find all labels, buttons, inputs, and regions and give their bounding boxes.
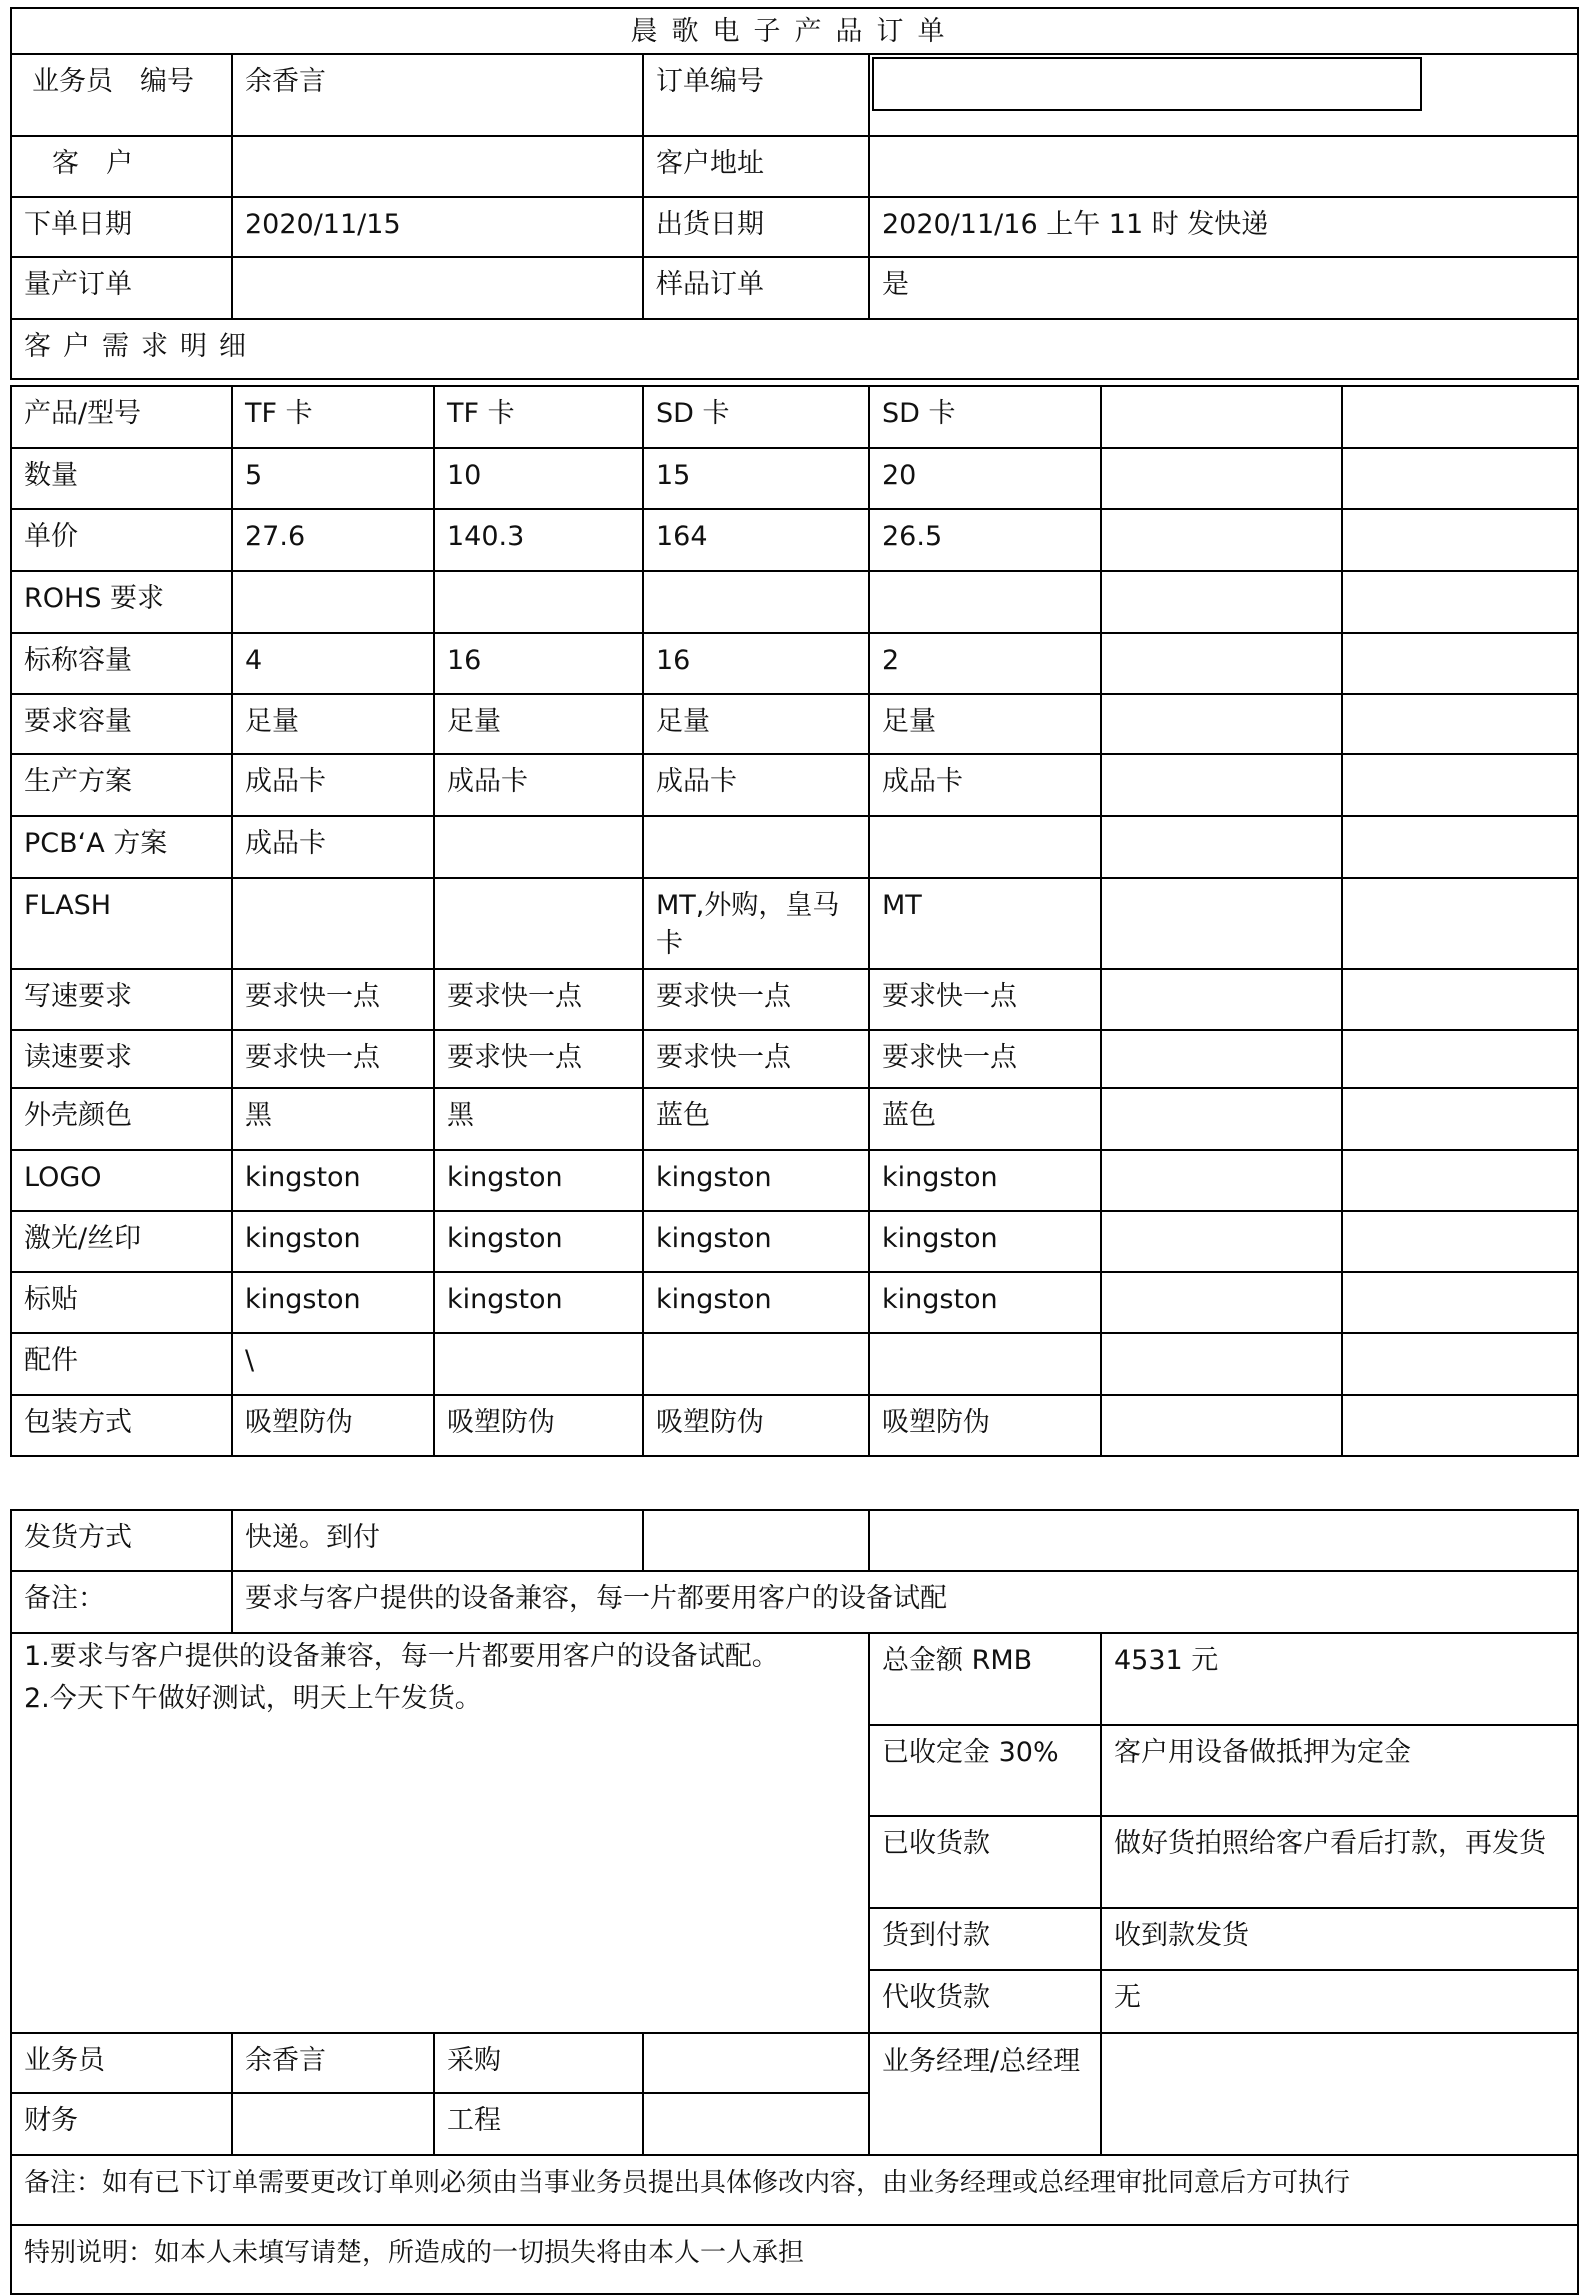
spec-cell[interactable]: kingston bbox=[643, 1150, 869, 1211]
spec-cell[interactable]: kingston bbox=[232, 1150, 434, 1211]
ship-date-field[interactable]: 2020/11/16 上午 11 时 发快递 bbox=[869, 197, 1578, 257]
spec-cell[interactable] bbox=[643, 1333, 869, 1395]
spec-cell[interactable]: 足量 bbox=[434, 694, 643, 754]
spec-cell[interactable]: 5 bbox=[232, 448, 434, 509]
spec-row: 生产方案成品卡成品卡成品卡成品卡 bbox=[11, 754, 1578, 816]
sig-salesperson-label: 业务员 bbox=[11, 2033, 232, 2093]
spec-cell[interactable] bbox=[643, 816, 869, 878]
spec-cell[interactable]: 10 bbox=[434, 448, 643, 509]
sig-manager-field[interactable] bbox=[1101, 2033, 1578, 2155]
spec-cell[interactable] bbox=[1101, 1150, 1342, 1211]
order-form-table: 晨歌电子产品订单 业务员 编号 余香言 订单编号 客 户 客户地址 下单日期 2… bbox=[10, 7, 1579, 380]
spec-cell[interactable] bbox=[232, 571, 434, 633]
sample-order-label: 样品订单 bbox=[643, 257, 869, 319]
spec-row-label: 单价 bbox=[11, 509, 232, 571]
spec-cell[interactable]: 吸塑防伪 bbox=[869, 1395, 1101, 1456]
spec-cell[interactable]: MT,外购，皇马卡 bbox=[643, 878, 869, 969]
spec-row: 单价27.6140.316426.5 bbox=[11, 509, 1578, 571]
spec-cell[interactable]: 蓝色 bbox=[869, 1088, 1101, 1150]
spec-cell[interactable]: TF 卡 bbox=[232, 386, 434, 448]
spec-cell[interactable]: 2 bbox=[869, 633, 1101, 694]
spec-cell[interactable] bbox=[1101, 754, 1342, 816]
spec-cell[interactable] bbox=[1101, 1333, 1342, 1395]
spec-cell[interactable]: SD 卡 bbox=[869, 386, 1101, 448]
spec-cell[interactable]: 要求快一点 bbox=[232, 969, 434, 1030]
spec-cell[interactable]: 要求快一点 bbox=[434, 969, 643, 1030]
spec-cell[interactable]: 要求快一点 bbox=[869, 1030, 1101, 1088]
spec-row: 标贴kingstonkingstonkingstonkingston bbox=[11, 1272, 1578, 1333]
spec-cell[interactable] bbox=[1342, 816, 1578, 878]
form-title: 晨歌电子产品订单 bbox=[11, 8, 1578, 54]
spec-cell[interactable] bbox=[643, 571, 869, 633]
bottom-table: 发货方式 快递。到付 备注： 要求与客户提供的设备兼容，每一片都要用客户的设备试… bbox=[10, 1509, 1579, 2295]
spec-row-label: 要求容量 bbox=[11, 694, 232, 754]
spec-cell[interactable] bbox=[1342, 694, 1578, 754]
spec-row-label: 标称容量 bbox=[11, 633, 232, 694]
spec-cell[interactable]: 成品卡 bbox=[434, 754, 643, 816]
customer-address-field[interactable] bbox=[869, 136, 1578, 197]
spec-row-label: 外壳颜色 bbox=[11, 1088, 232, 1150]
deposit-label: 已收定金 30% bbox=[869, 1725, 1101, 1816]
spec-cell[interactable]: 足量 bbox=[869, 694, 1101, 754]
spec-row-label: ROHS 要求 bbox=[11, 571, 232, 633]
spec-cell[interactable] bbox=[1101, 386, 1342, 448]
spec-cell[interactable] bbox=[1342, 386, 1578, 448]
spec-cell[interactable]: kingston bbox=[434, 1211, 643, 1272]
spec-cell[interactable] bbox=[1342, 509, 1578, 571]
spec-cell[interactable]: 成品卡 bbox=[643, 754, 869, 816]
customer-label: 客 户 bbox=[11, 136, 232, 197]
total-amount-label: 总金额 RMB bbox=[869, 1633, 1101, 1725]
spec-cell[interactable]: 4 bbox=[232, 633, 434, 694]
spec-row-label: 读速要求 bbox=[11, 1030, 232, 1088]
spec-cell[interactable] bbox=[1101, 816, 1342, 878]
spec-cell[interactable] bbox=[1342, 969, 1578, 1030]
shipping-method-field[interactable]: 快递。到付 bbox=[232, 1510, 643, 1571]
spec-row-label: 配件 bbox=[11, 1333, 232, 1395]
note-line-2: 2.今天下午做好测试，明天上午发货。 bbox=[24, 1678, 856, 1720]
details-heading: 客户需求明细 bbox=[11, 319, 1578, 379]
sig-engineering-field[interactable] bbox=[643, 2093, 869, 2155]
spec-row: ROHS 要求 bbox=[11, 571, 1578, 633]
spec-cell[interactable]: kingston bbox=[643, 1272, 869, 1333]
change-note: 备注：如有已下订单需要更改订单则必须由当事业务员提出具体修改内容，由业务经理或总… bbox=[11, 2155, 1578, 2225]
spec-row-label: PCB‘A 方案 bbox=[11, 816, 232, 878]
spec-cell[interactable] bbox=[1342, 1030, 1578, 1088]
shipping-extra-field[interactable] bbox=[643, 1510, 869, 1571]
cod-field[interactable]: 收到款发货 bbox=[1101, 1908, 1578, 1970]
spec-cell[interactable] bbox=[1101, 969, 1342, 1030]
salesperson-field[interactable]: 余香言 bbox=[232, 54, 643, 136]
spec-row-label: 激光/丝印 bbox=[11, 1211, 232, 1272]
spec-row: 外壳颜色黑黑蓝色蓝色 bbox=[11, 1088, 1578, 1150]
spec-cell[interactable]: 26.5 bbox=[869, 509, 1101, 571]
spec-row: 写速要求要求快一点要求快一点要求快一点要求快一点 bbox=[11, 969, 1578, 1030]
collection-field[interactable]: 无 bbox=[1101, 1970, 1578, 2033]
order-number-field[interactable] bbox=[872, 57, 1422, 111]
notes-field[interactable]: 1.要求与客户提供的设备兼容，每一片都要用客户的设备试配。 2.今天下午做好测试… bbox=[11, 1633, 869, 2033]
payment-received-label: 已收货款 bbox=[869, 1816, 1101, 1908]
spec-row: 配件\ bbox=[11, 1333, 1578, 1395]
spec-cell[interactable] bbox=[1342, 633, 1578, 694]
mass-order-label: 量产订单 bbox=[11, 257, 232, 319]
spec-cell[interactable] bbox=[1101, 878, 1342, 969]
spec-cell[interactable]: 成品卡 bbox=[232, 754, 434, 816]
spec-cell[interactable] bbox=[1101, 1395, 1342, 1456]
customer-address-label: 客户地址 bbox=[643, 136, 869, 197]
spec-cell[interactable] bbox=[1101, 1088, 1342, 1150]
spec-row: FLASHMT,外购，皇马卡MT bbox=[11, 878, 1578, 969]
spec-cell[interactable]: 要求快一点 bbox=[643, 1030, 869, 1088]
spec-cell[interactable] bbox=[1101, 1030, 1342, 1088]
note-line-1: 1.要求与客户提供的设备兼容，每一片都要用客户的设备试配。 bbox=[24, 1636, 856, 1678]
order-date-label: 下单日期 bbox=[11, 197, 232, 257]
spec-row: 标称容量416162 bbox=[11, 633, 1578, 694]
shipping-extra-field-2[interactable] bbox=[869, 1510, 1578, 1571]
total-amount-field[interactable]: 4531 元 bbox=[1101, 1633, 1578, 1725]
spec-cell[interactable] bbox=[1101, 1272, 1342, 1333]
spec-cell[interactable]: 27.6 bbox=[232, 509, 434, 571]
spec-cell[interactable]: 吸塑防伪 bbox=[232, 1395, 434, 1456]
remarks-label: 备注： bbox=[11, 1571, 232, 1633]
spec-cell[interactable]: MT bbox=[869, 878, 1101, 969]
spec-cell[interactable] bbox=[1101, 448, 1342, 509]
cod-label: 货到付款 bbox=[869, 1908, 1101, 1970]
spec-cell[interactable]: 成品卡 bbox=[232, 816, 434, 878]
spec-row: 数量5101520 bbox=[11, 448, 1578, 509]
spec-cell[interactable]: kingston bbox=[434, 1272, 643, 1333]
spec-cell[interactable]: 足量 bbox=[232, 694, 434, 754]
remarks-field[interactable]: 要求与客户提供的设备兼容，每一片都要用客户的设备试配 bbox=[232, 1571, 1578, 1633]
spec-cell[interactable]: kingston bbox=[232, 1272, 434, 1333]
spec-row: PCB‘A 方案成品卡 bbox=[11, 816, 1578, 878]
order-number-label: 订单编号 bbox=[643, 54, 869, 136]
spec-cell[interactable] bbox=[869, 571, 1101, 633]
deposit-field[interactable]: 客户用设备做抵押为定金 bbox=[1101, 1725, 1578, 1816]
spec-cell[interactable]: 16 bbox=[434, 633, 643, 694]
spec-row: 产品/型号TF 卡TF 卡SD 卡SD 卡 bbox=[11, 386, 1578, 448]
spec-cell[interactable]: SD 卡 bbox=[643, 386, 869, 448]
spec-cell[interactable]: kingston bbox=[643, 1211, 869, 1272]
spec-cell[interactable] bbox=[1342, 1395, 1578, 1456]
spec-cell[interactable]: kingston bbox=[232, 1211, 434, 1272]
spec-cell[interactable]: 要求快一点 bbox=[434, 1030, 643, 1088]
spec-cell[interactable]: 140.3 bbox=[434, 509, 643, 571]
spec-row: 要求容量足量足量足量足量 bbox=[11, 694, 1578, 754]
spec-cell[interactable] bbox=[1101, 1211, 1342, 1272]
spec-cell[interactable] bbox=[1101, 509, 1342, 571]
spec-cell[interactable] bbox=[1342, 1272, 1578, 1333]
collection-label: 代收货款 bbox=[869, 1970, 1101, 2033]
spec-cell[interactable] bbox=[434, 816, 643, 878]
spec-row: 包装方式吸塑防伪吸塑防伪吸塑防伪吸塑防伪 bbox=[11, 1395, 1578, 1456]
spec-cell[interactable]: 黑 bbox=[434, 1088, 643, 1150]
spec-row: 激光/丝印kingstonkingstonkingstonkingston bbox=[11, 1211, 1578, 1272]
spec-cell[interactable] bbox=[1101, 571, 1342, 633]
sig-engineering-label: 工程 bbox=[434, 2093, 643, 2155]
sig-finance-field[interactable] bbox=[232, 2093, 434, 2155]
salesperson-label: 业务员 编号 bbox=[11, 54, 232, 136]
spec-cell[interactable]: kingston bbox=[869, 1150, 1101, 1211]
spec-cell[interactable]: TF 卡 bbox=[434, 386, 643, 448]
spec-cell[interactable] bbox=[869, 1333, 1101, 1395]
spec-cell[interactable]: 足量 bbox=[643, 694, 869, 754]
mass-order-field[interactable] bbox=[232, 257, 643, 319]
spec-cell[interactable] bbox=[869, 816, 1101, 878]
spec-cell[interactable] bbox=[1342, 754, 1578, 816]
spec-row-label: 写速要求 bbox=[11, 969, 232, 1030]
ship-date-label: 出货日期 bbox=[643, 197, 869, 257]
spec-cell[interactable] bbox=[232, 878, 434, 969]
spec-cell[interactable] bbox=[1342, 571, 1578, 633]
spec-cell[interactable]: kingston bbox=[869, 1272, 1101, 1333]
spec-cell[interactable]: 吸塑防伪 bbox=[434, 1395, 643, 1456]
sig-purchase-field[interactable] bbox=[643, 2033, 869, 2093]
spec-cell[interactable]: kingston bbox=[869, 1211, 1101, 1272]
spec-cell[interactable]: \ bbox=[232, 1333, 434, 1395]
spec-row-label: 生产方案 bbox=[11, 754, 232, 816]
spec-cell[interactable] bbox=[434, 571, 643, 633]
spec-cell[interactable] bbox=[1342, 1211, 1578, 1272]
spec-cell[interactable] bbox=[1101, 694, 1342, 754]
spec-cell[interactable] bbox=[434, 1333, 643, 1395]
spec-cell[interactable] bbox=[434, 878, 643, 969]
spec-row: LOGOkingstonkingstonkingstonkingston bbox=[11, 1150, 1578, 1211]
spec-cell[interactable]: 15 bbox=[643, 448, 869, 509]
spec-row-label: 产品/型号 bbox=[11, 386, 232, 448]
spec-cell[interactable] bbox=[1342, 1333, 1578, 1395]
spec-cell[interactable]: 成品卡 bbox=[869, 754, 1101, 816]
spec-row: 读速要求要求快一点要求快一点要求快一点要求快一点 bbox=[11, 1030, 1578, 1088]
spec-cell[interactable] bbox=[1342, 1088, 1578, 1150]
spec-cell[interactable] bbox=[1342, 1150, 1578, 1211]
spec-cell[interactable]: kingston bbox=[434, 1150, 643, 1211]
spec-cell[interactable]: 要求快一点 bbox=[232, 1030, 434, 1088]
spec-cell[interactable]: 16 bbox=[643, 633, 869, 694]
sig-manager-label: 业务经理/总经理 bbox=[869, 2033, 1101, 2155]
special-note: 特别说明：如本人未填写请楚，所造成的一切损失将由本人一人承担 bbox=[11, 2225, 1578, 2294]
spec-cell[interactable] bbox=[1342, 448, 1578, 509]
spec-table: 产品/型号TF 卡TF 卡SD 卡SD 卡数量5101520单价27.6140.… bbox=[10, 385, 1579, 1457]
spec-cell[interactable]: 黑 bbox=[232, 1088, 434, 1150]
sig-finance-label: 财务 bbox=[11, 2093, 232, 2155]
order-date-field[interactable]: 2020/11/15 bbox=[232, 197, 643, 257]
sig-salesperson-field[interactable]: 余香言 bbox=[232, 2033, 434, 2093]
order-number-cell bbox=[869, 54, 1578, 136]
spec-cell[interactable]: 20 bbox=[869, 448, 1101, 509]
payment-received-field[interactable]: 做好货拍照给客户看后打款，再发货 bbox=[1101, 1816, 1578, 1908]
spec-row-label: LOGO bbox=[11, 1150, 232, 1211]
shipping-method-label: 发货方式 bbox=[11, 1510, 232, 1571]
spec-cell[interactable] bbox=[1342, 878, 1578, 969]
customer-field[interactable] bbox=[232, 136, 643, 197]
spec-cell[interactable]: 要求快一点 bbox=[869, 969, 1101, 1030]
spec-cell[interactable] bbox=[1101, 633, 1342, 694]
spec-row-label: 包装方式 bbox=[11, 1395, 232, 1456]
spec-row-label: 标贴 bbox=[11, 1272, 232, 1333]
spec-cell[interactable]: 164 bbox=[643, 509, 869, 571]
spec-row-label: FLASH bbox=[11, 878, 232, 969]
sample-order-field[interactable]: 是 bbox=[869, 257, 1578, 319]
sig-purchase-label: 采购 bbox=[434, 2033, 643, 2093]
spec-row-label: 数量 bbox=[11, 448, 232, 509]
spec-cell[interactable]: 要求快一点 bbox=[643, 969, 869, 1030]
spec-cell[interactable]: 蓝色 bbox=[643, 1088, 869, 1150]
spec-cell[interactable]: 吸塑防伪 bbox=[643, 1395, 869, 1456]
